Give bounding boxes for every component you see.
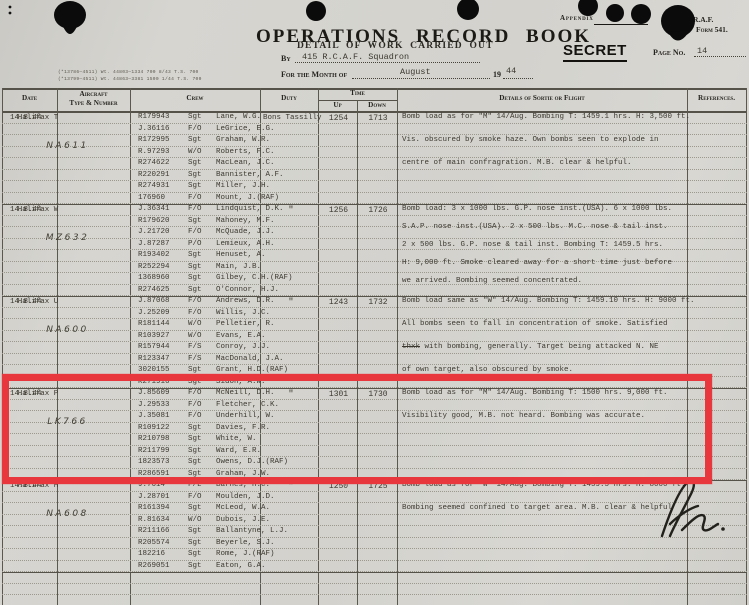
form-rule (2, 364, 747, 365)
form-rule (2, 525, 747, 526)
crew-name: Bannister, A.F. (216, 171, 284, 183)
crew-number: R.97293 (138, 148, 188, 160)
crew-rank: W/O (188, 148, 216, 160)
crew-rank: Sgt (188, 263, 216, 275)
month-fill-line (352, 69, 490, 79)
crew-rank: Sgt (188, 274, 216, 286)
crew-number: R220291 (138, 171, 188, 183)
crew-rank: F/S (188, 343, 216, 355)
crew-rank: F/O (188, 493, 216, 505)
crew-name: Lemieux, A.H. (216, 240, 275, 252)
duty-cell: " (263, 297, 319, 309)
crew-line: R274931SgtMiller, J.H. (138, 182, 270, 194)
crew-number: R172995 (138, 136, 188, 148)
detail-line: 2 x 500 lbs. G.P. nose & tail inst. Bomb… (402, 241, 663, 249)
col-header-time-up: Up (318, 101, 357, 109)
form-rule (2, 537, 747, 538)
crew-number: R179943 (138, 113, 188, 125)
empty-ruled-area (2, 572, 747, 605)
crew-rank: Sgt (188, 251, 216, 263)
punch-holes (0, 0, 749, 64)
sortie-row: 14.8.44Halifax WMZ632J.36341F/OLindquist… (2, 204, 747, 296)
aircraft-serial: NA608 (30, 509, 105, 521)
operations-record-book-page: (*13786—4511) Wt. 44803—1334 700 8/43 T.… (0, 0, 749, 605)
detail-text: with bombing, generally. Target being at… (420, 343, 659, 351)
crew-line: J.87287P/OLemieux, A.H. (138, 240, 275, 252)
crew-line: R161394SgtMcLeod, W.A. (138, 504, 270, 516)
crew-name: Main, J.B. (216, 263, 261, 275)
col-header-references: References. (687, 94, 746, 102)
crew-number: J.25209 (138, 309, 188, 321)
struck-word: thxk (402, 343, 420, 351)
crew-number: R274622 (138, 159, 188, 171)
col-header-aircraft-line2: Type & Number (57, 99, 130, 107)
detail-line: of own target, also obscured by smoke. (402, 366, 573, 374)
crew-name: McLeod, W.A. (216, 504, 270, 516)
crew-number: R179620 (138, 217, 188, 229)
year-fill-line (503, 69, 533, 79)
crew-name: Miller, J.H. (216, 182, 270, 194)
crew-name: Conroy, J.J. (216, 343, 270, 355)
form-rule (2, 583, 747, 584)
crew-line: R123347F/SMacDonald, J.A. (138, 355, 284, 367)
time-up-cell: 1243 (318, 297, 359, 309)
time-up-cell: 1254 (318, 113, 359, 125)
form-rule (2, 157, 747, 158)
duty-cell: " (263, 205, 319, 217)
form-rule (2, 284, 747, 285)
aircraft-serial: MZ632 (30, 233, 105, 245)
col-header-duty: Duty (260, 94, 318, 102)
form-rule (2, 134, 747, 135)
time-down-cell: 1726 (357, 205, 399, 217)
crew-name: MacDonald, J.A. (216, 355, 284, 367)
detail-line: H: 9,000 ft. Smoke cleared away for a sh… (402, 259, 672, 267)
print-code-line1: (*13786—4511) Wt. 44803—1334 700 8/43 T.… (58, 69, 199, 76)
crew-name: Lane, W.G. (216, 113, 261, 125)
time-up-cell: 1256 (318, 205, 359, 217)
crew-name: LeGrice, E.G. (216, 125, 275, 137)
col-header-time-down: Down (357, 101, 397, 109)
form-rule (2, 272, 747, 273)
crew-name: Willis, J.C. (216, 309, 270, 321)
year-prefix: 19 (493, 70, 501, 79)
detail-line: centre of main confragration. M.B. clear… (402, 159, 632, 167)
crew-line: R172995SgtGraham, W.R. (138, 136, 270, 148)
form-rule (2, 502, 747, 503)
crew-number: R211166 (138, 527, 188, 539)
detail-line: All bombs seen to fall in concentration … (402, 320, 668, 328)
crew-line: R181144W/OPelletier, R. (138, 320, 275, 332)
form-rule (2, 146, 747, 147)
crew-rank: P/O (188, 240, 216, 252)
row-separator (2, 572, 747, 573)
crew-number: R.81634 (138, 516, 188, 528)
crew-number: R205574 (138, 539, 188, 551)
sortie-row: 14.8.44Halifax TNA611R179943SgtLane, W.G… (2, 112, 747, 204)
crew-number: R123347 (138, 355, 188, 367)
crew-number: J.87287 (138, 240, 188, 252)
crew-number: 1368960 (138, 274, 188, 286)
crew-line: R252294SgtMain, J.B. (138, 263, 261, 275)
crew-number: R193402 (138, 251, 188, 263)
crew-line: J.87068F/OAndrews, D.R. (138, 297, 275, 309)
crew-rank: F/O (188, 205, 216, 217)
aircraft-serial: NA600 (30, 325, 105, 337)
crew-line: J.36341F/OLindquist, D.K. (138, 205, 284, 217)
form-rule (2, 594, 747, 595)
detail-line: thxk with bombing, generally. Target bei… (402, 343, 659, 351)
crew-name: MacLean, J.C. (216, 159, 275, 171)
detail-line: we arrived. Bombing seemed concentrated. (402, 277, 582, 285)
crew-line: R157944F/SConroy, J.J. (138, 343, 270, 355)
crew-number: J.28701 (138, 493, 188, 505)
crew-line: R274622SgtMacLean, J.C. (138, 159, 275, 171)
crew-rank: W/O (188, 320, 216, 332)
signature-mark (648, 478, 728, 540)
crew-name: Rome, J.(RAF) (216, 550, 275, 562)
month-label: For the Month of (281, 70, 347, 79)
crew-line: R193402SgtHenuset, A. (138, 251, 266, 263)
crew-rank: F/S (188, 355, 216, 367)
crew-line: J.36116F/OLeGrice, E.G. (138, 125, 275, 137)
detail-line: Bombing seemed confined to target area. … (402, 504, 672, 512)
crew-number: J.36341 (138, 205, 188, 217)
crew-name: Graham, W.R. (216, 136, 270, 148)
crew-line: 182216SgtRome, J.(RAF) (138, 550, 275, 562)
form-rule (2, 341, 747, 342)
form-rule (2, 353, 747, 354)
crew-line: R.81634W/ODubois, J.E. (138, 516, 270, 528)
crew-line: 1368960SgtGilbey, C.H.(RAF) (138, 274, 293, 286)
crew-number: 182216 (138, 550, 188, 562)
detail-line: S.A.P. nose inst.(USA). 2 x 500 lbs. M.C… (402, 223, 668, 231)
crew-name: Pelletier, R. (216, 320, 275, 332)
col-header-details: Details of Sortie or Flight (397, 94, 687, 102)
crew-rank: W/O (188, 516, 216, 528)
crew-rank: F/O (188, 297, 216, 309)
crew-line: R179943SgtLane, W.G. (138, 113, 261, 125)
crew-line: R103927W/OEvans, E.A. (138, 332, 266, 344)
sortie-row: 14.8.44Halifax HNA608J.7614F/LBarnes, H.… (2, 480, 747, 572)
crew-line: R.97293W/ORoberts, F.C. (138, 148, 275, 160)
form-rule (2, 180, 747, 181)
crew-rank: Sgt (188, 550, 216, 562)
form-rule (2, 560, 747, 561)
detail-line: Bomb load same as "W" 14/Aug. Bombing T:… (402, 297, 695, 305)
crew-name: Beyerle, S.J. (216, 539, 275, 551)
crew-number: R274931 (138, 182, 188, 194)
crew-number: R103927 (138, 332, 188, 344)
col-header-time: Time (318, 89, 397, 97)
crew-rank: F/O (188, 125, 216, 137)
detail-line: Vis. obscured by smoke haze. Own bombs s… (402, 136, 659, 144)
crew-line: R205574SgtBeyerle, S.J. (138, 539, 275, 551)
crew-rank: Sgt (188, 527, 216, 539)
crew-rank: Sgt (188, 504, 216, 516)
detail-line: Bomb load as for "M" 14/Aug. Bombing T: … (402, 113, 690, 121)
form-rule (2, 330, 747, 331)
crew-rank: Sgt (188, 171, 216, 183)
time-down-cell: 1732 (357, 297, 399, 309)
highlight-box (2, 374, 712, 484)
crew-name: Roberts, F.C. (216, 148, 275, 160)
crew-rank: Sgt (188, 182, 216, 194)
form-rule (2, 249, 747, 250)
crew-name: Dubois, J.E. (216, 516, 270, 528)
crew-name: Mahoney, M.F. (216, 217, 275, 229)
aircraft-type: Halifax U (1, 297, 75, 309)
crew-number: R181144 (138, 320, 188, 332)
crew-rank: W/O (188, 332, 216, 344)
form-rule (2, 548, 747, 549)
aircraft-serial: NA611 (30, 141, 105, 153)
col-header-aircraft-line1: Aircraft (57, 90, 130, 98)
form-rule (2, 318, 747, 319)
crew-rank: F/O (188, 309, 216, 321)
aircraft-type: Halifax W (1, 205, 75, 217)
crew-rank: Sgt (188, 539, 216, 551)
print-code-line2: (*13799—4511) Wt. 44863—3381 1500 1/44 T… (58, 76, 202, 83)
crew-name: Evans, E.A. (216, 332, 266, 344)
crew-rank: Sgt (188, 136, 216, 148)
crew-name: Moulden, J.D. (216, 493, 275, 505)
crew-name: McQuade, J.J. (216, 228, 275, 240)
form-rule (2, 192, 747, 193)
crew-number: R161394 (138, 504, 188, 516)
crew-number: J.36116 (138, 125, 188, 137)
crew-line: R220291SgtBannister, A.F. (138, 171, 284, 183)
duty-cell: Bons Tassilly (263, 113, 319, 125)
aircraft-type: Halifax T (1, 113, 75, 125)
form-rule (2, 514, 747, 515)
crew-line: R211166SgtBallantyne, L.J. (138, 527, 288, 539)
crew-name: Henuset, A. (216, 251, 266, 263)
crew-rank: F/O (188, 228, 216, 240)
crew-rank: Sgt (188, 217, 216, 229)
crew-number: J.21720 (138, 228, 188, 240)
col-header-date: Date (2, 94, 57, 102)
crew-rank: Sgt (188, 159, 216, 171)
crew-number: J.87068 (138, 297, 188, 309)
crew-name: Ballantyne, L.J. (216, 527, 288, 539)
crew-name: Gilbey, C.H.(RAF) (216, 274, 293, 286)
form-rule (2, 169, 747, 170)
crew-number: R157944 (138, 343, 188, 355)
crew-line: J.25209F/OWillis, J.C. (138, 309, 270, 321)
crew-line: J.21720F/OMcQuade, J.J. (138, 228, 275, 240)
crew-line: R179620SgtMahoney, M.F. (138, 217, 275, 229)
crew-rank: Sgt (188, 113, 216, 125)
form-rule (2, 238, 747, 239)
detail-line: Bomb load: 3 x 1000 lbs. G.P. nose inst.… (402, 205, 672, 213)
col-header-crew: Crew (130, 94, 260, 102)
crew-number: R252294 (138, 263, 188, 275)
crew-line: J.28701F/OMoulden, J.D. (138, 493, 275, 505)
time-down-cell: 1713 (357, 113, 399, 125)
